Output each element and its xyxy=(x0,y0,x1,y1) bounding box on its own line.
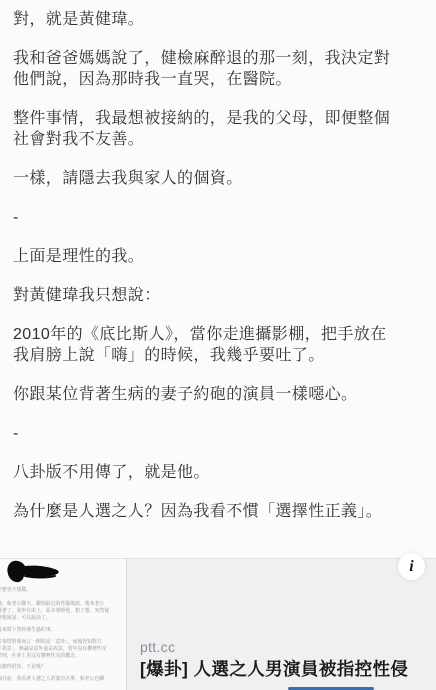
post-paragraph-9: 你跟某位背著生病的妻子約砲的演員一樣噁心。 xyxy=(13,384,423,405)
post-paragraph-2: 我和爸爸媽媽說了，健檢麻醉退的那一刻，我決定對 他們說，因為那時我一直哭，在醫院… xyxy=(13,48,423,90)
thumbnail-text-line: 罪刑，社會上更沒有權勢性交的概念。 xyxy=(0,652,80,659)
link-preview-meta: ptt.cc [爆卦] 人選之人男演員被指控性侵 xyxy=(127,559,436,690)
redaction-scribble-icon xyxy=(5,560,60,584)
post-paragraph-3: 整件事情，我最想被接納的，是我的父母，即便整個 社會對我不友善。 xyxy=(13,108,423,150)
post-paragraph-10: - xyxy=(13,423,423,444)
link-preview-thumbnail: 什麼也不想做。 晚，和老公聊天，聊到最近的性騷風波，後來老公 睡著了，我坐在床上… xyxy=(0,559,127,690)
info-icon-glyph: i xyxy=(409,559,413,575)
thumbnail-text-line: 什麼也不想做。 xyxy=(0,586,31,593)
screenshot-root: 對，就是黃健瑋。 我和爸爸媽媽說了，健檢麻醉退的那一刻，我決定對 他們說，因為那… xyxy=(0,0,436,690)
link-preview-card[interactable]: 什麼也不想做。 晚，和老公聊天，聊到最近的性騷風波，後來老公 睡著了，我坐在床上… xyxy=(0,558,436,690)
thumbnail-text-line: 後來寫下曾經發生過的事。 xyxy=(0,626,55,633)
info-icon[interactable]: i xyxy=(398,553,425,580)
thumbnail-text-line: 個月前，我看著人選之人的演員名單，和老公也聊 xyxy=(0,675,104,682)
thumbnail-text-line: 代變得很快，不是嗎？ xyxy=(0,663,46,670)
post-paragraph-5: - xyxy=(13,207,423,228)
post-paragraph-1: 對，就是黃健瑋。 xyxy=(13,9,423,30)
link-domain: ptt.cc xyxy=(140,639,175,655)
post-paragraph-8: 2010年的《底比斯人》，當你走進攝影棚，把手放在 我肩膀上說「嗨」的時候，我幾… xyxy=(13,324,423,366)
post-paragraph-7: 對黃健瑋我只想說： xyxy=(13,285,423,306)
thumbnail-text-line: 得想說話，可以說話了。 xyxy=(0,614,51,621)
post-paragraph-12: 為什麼是人選之人？因為我看不慣「選擇性正義」。 xyxy=(13,501,423,522)
post-paragraph-11: 八卦版不用傳了，就是他。 xyxy=(13,462,423,483)
link-title: [爆卦] 人選之人男演員被指控性侵 xyxy=(140,656,408,681)
post-paragraph-6: 上面是理性的我。 xyxy=(13,246,423,267)
post-paragraph-4: 一樣，請隱去我與家人的個資。 xyxy=(13,168,423,189)
post-body: 對，就是黃健瑋。 我和爸爸媽媽說了，健檢麻醉退的那一刻，我決定對 他們說，因為那… xyxy=(0,0,436,540)
